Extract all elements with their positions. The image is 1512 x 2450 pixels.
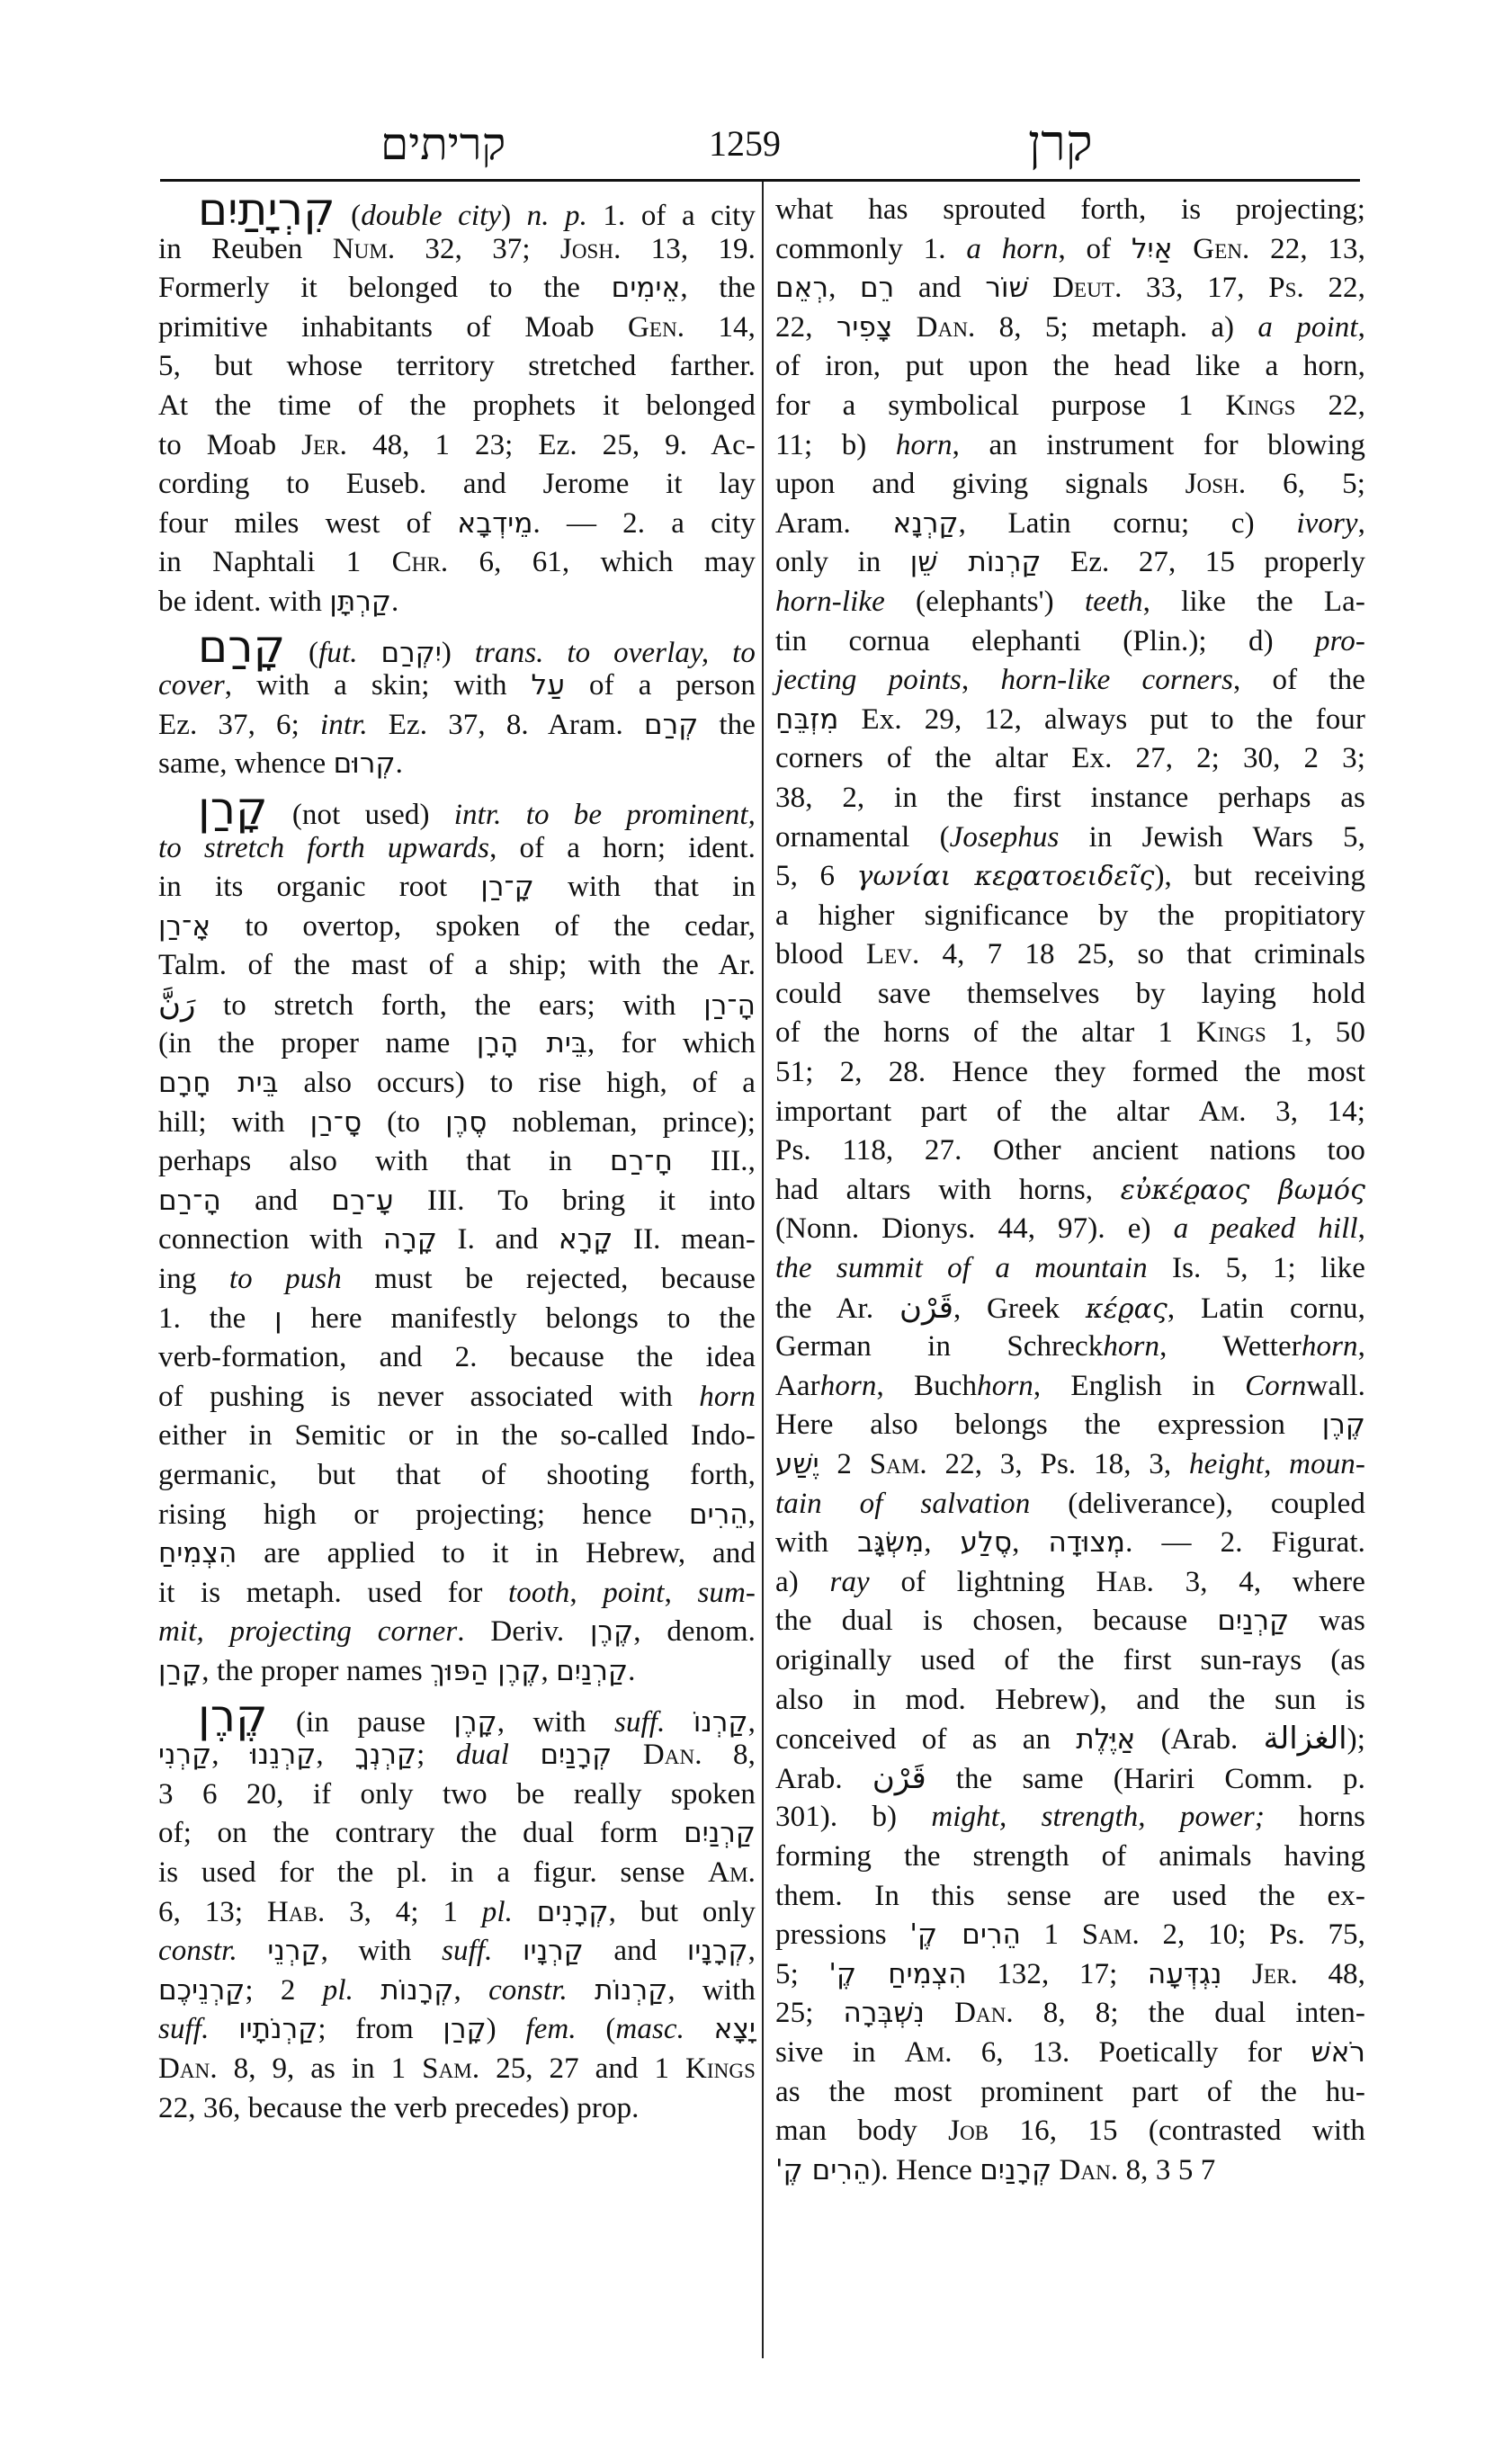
text-line: رَنَّ to stretch forth, the ears; with ה… (158, 986, 756, 1025)
text: , (828, 272, 860, 304)
text: 22, (1304, 272, 1365, 304)
book-reference: Sam. (422, 2052, 479, 2085)
text (513, 1896, 537, 1928)
text: in Reuben (158, 233, 333, 265)
text (358, 637, 381, 669)
text: , (569, 1577, 603, 1609)
text: 3 6 20, if only two be really spoken (158, 1778, 756, 1811)
text (1029, 272, 1053, 304)
book-reference: Gen. (1193, 233, 1249, 265)
text (612, 1739, 642, 1771)
text: , with (321, 1935, 442, 1967)
text-line: sive in Am. 6, 13. Poetically for רֹאשׁ (775, 2034, 1365, 2073)
hebrew-word: בֵּית חָרָם (158, 1067, 279, 1099)
italic-text: suff. (442, 1935, 492, 1967)
text: 6, 61, which may (448, 546, 756, 578)
text: 5, but whose territory stretched farther… (158, 350, 756, 382)
book-reference: Dan. (158, 2052, 218, 2085)
text: 33, 17, (1122, 272, 1268, 304)
text: , with (667, 1974, 756, 2007)
text-line: what has sprouted forth, is projecting; (775, 191, 1365, 230)
hebrew-word: נִגְדְּעָה (1148, 1958, 1222, 1990)
hebrew-word: אֵימִים (612, 272, 681, 304)
text: 48, 1 23; Ez. 25, 9. Ac- (347, 429, 756, 461)
text-line: blood Lev. 4, 7 18 25, so that criminals (775, 935, 1365, 975)
text: what has sprouted forth, is projecting; (775, 193, 1365, 226)
hebrew-word: קַרְנַיִם (556, 1655, 628, 1687)
text-line: with מִשְׂגָּב, סֶלַע, מְצוּדָה. — 2. Fi… (775, 1524, 1365, 1563)
italic-text: suff. (614, 1706, 665, 1739)
book-reference: Kings (685, 2052, 756, 2085)
text: , (1358, 1330, 1365, 1363)
text-line: ornamental (Josephus in Jewish Wars 5, (775, 818, 1365, 858)
text: primitive inhabitants of Moab (158, 311, 628, 344)
hebrew-word: קְרָנִים (537, 1896, 609, 1928)
headword: קִרְיָתַיִם (198, 183, 336, 236)
hebrew-word: מְצוּדָה (1049, 1526, 1126, 1559)
hebrew-word: קְרָנוֹת (380, 1974, 453, 2007)
text: verb-formation, and 2. because the idea (158, 1341, 756, 1373)
hebrew-word: קָרַן (158, 1655, 201, 1687)
arabic-word: رَنَّ (158, 987, 195, 1023)
text-line: 3 6 20, if only two be really spoken (158, 1775, 756, 1815)
text: . Deriv. (457, 1615, 590, 1648)
text-line: Ez. 37, 6; intr. Ez. 37, 8. Aram. קְרַם … (158, 706, 756, 746)
text: blood (775, 938, 866, 970)
italic-text: cover (158, 669, 225, 702)
page-number: 1259 (709, 117, 781, 171)
hebrew-word: קְרָנַיִם (540, 1739, 612, 1771)
text-line: hill; with סָ־רַן (to סֶרֶן nobleman, pr… (158, 1104, 756, 1143)
headword: קָרַם (198, 621, 285, 673)
text: , the proper names (201, 1655, 430, 1687)
book-reference: Kings (1226, 389, 1296, 422)
text: of lightning (870, 1566, 1096, 1598)
text: are applied to it in Hebrew, and (237, 1537, 756, 1569)
text: , Latin cornu; c) (959, 507, 1297, 540)
column-divider (762, 182, 764, 2358)
text: here manifestly belongs to the (282, 1302, 756, 1335)
hebrew-word: עָ־רַם (331, 1185, 393, 1217)
text-line: יֶשַׁע 2 Sam. 22, 3, Ps. 18, 3, height, … (775, 1445, 1365, 1485)
text-line: be ident. with קַרְתָּן. (158, 583, 756, 622)
text-line: הִצְמִיחַ are applied to it in Hebrew, a… (158, 1534, 756, 1574)
text-line: Arab. قَرْن the same (Hariri Comm. p. (775, 1759, 1365, 1799)
text-line: the Ar. قَرْن, Greek κέϱας, Latin cornu, (775, 1289, 1365, 1328)
text: only in (775, 546, 910, 578)
text-line: 22, 36, because the verb precedes) prop. (158, 2089, 756, 2129)
text: had altars with horns, (775, 1174, 1121, 1206)
text-line: Aram. קַרְנָא, Latin cornu; c) ivory, (775, 505, 1365, 544)
text: conceived of as an (775, 1723, 1076, 1756)
text: and (221, 1185, 331, 1217)
text (892, 311, 916, 344)
italic-text: to stretch forth upwards (158, 832, 489, 864)
text-line: connection with קָרָה I. and קָרָא II. m… (158, 1221, 756, 1260)
text: sive in (775, 2036, 905, 2069)
hebrew-word: אַיִל (1132, 233, 1173, 265)
text: them. In this sense are used the ex- (775, 1880, 1365, 1912)
text: , Wetter (1159, 1330, 1302, 1363)
hebrew-word: יִקְרַם (380, 637, 441, 669)
hebrew-word: עַל (532, 669, 566, 702)
text: originally used of the first sun-rays (a… (775, 1644, 1365, 1677)
text-line: Dan. 8, 9, as in 1 Sam. 25, 27 and 1 Kin… (158, 2050, 756, 2089)
text: the Ar. (775, 1292, 899, 1325)
text: , Buch (877, 1370, 978, 1402)
hebrew-word: קָ־רַן (480, 871, 534, 903)
text-line: suff. קַרְנֹתָיו; from קָרַן) fem. (masc… (158, 2010, 756, 2050)
hebrew-word: קָרָא (559, 1223, 613, 1256)
right-column: what has sprouted forth, is projecting;c… (775, 191, 1365, 2190)
text: 6, 5; (1246, 468, 1365, 500)
italic-text: a peaked hill (1174, 1212, 1358, 1245)
text: upon and giving signals (775, 468, 1185, 500)
hebrew-word: קָרֶן (453, 1706, 497, 1739)
italic-text: horn-like (775, 586, 885, 618)
text: ing (158, 1263, 229, 1295)
text: (to (362, 1106, 445, 1139)
italic-text: horn-like corners (1000, 664, 1233, 696)
hebrew-word: רְאֵם (775, 272, 828, 304)
entry-first-line: קִרְיָתַיִם (double city) n. p. 1. of a … (158, 191, 756, 230)
text: , (1358, 311, 1365, 344)
text-line: commonly 1. a horn, of אַיִל Gen. 22, 13… (775, 230, 1365, 270)
book-reference: Am. (1199, 1095, 1247, 1128)
text: . (391, 586, 398, 618)
text: Ez. 37, 8. Aram. (368, 709, 644, 741)
text: for a symbolical purpose 1 (775, 389, 1226, 422)
text: Aram. (775, 507, 893, 540)
text: , (748, 1935, 756, 1967)
text: of the horns of the altar 1 (775, 1016, 1196, 1049)
text: connection with (158, 1223, 383, 1256)
text: 8, 8; the dual inten- (1014, 1997, 1365, 2029)
italic-text: tain of salvation (775, 1488, 1030, 1520)
text: the dual is chosen, because (775, 1605, 1217, 1637)
text: , an instrument for blowing (953, 429, 1365, 461)
hebrew-word: קָרַן (443, 2013, 486, 2045)
text-line: as the most prominent part of the hu- (775, 2073, 1365, 2113)
header-rule (160, 179, 1360, 182)
book-reference: Jer. (1252, 1958, 1298, 1990)
text-line: 22, צָפִיר Dan. 8, 5; metaph. a) a point… (775, 308, 1365, 348)
text-line: קָרַן, the proper names קֶרֶן הַפּוּךְ, … (158, 1652, 756, 1692)
text: 1 (1021, 1918, 1082, 1951)
hebrew-word: רֵם (860, 272, 894, 304)
text: , for which (587, 1027, 756, 1060)
hebrew-word: קַרְנֵיכֶם (158, 1974, 245, 2007)
text: 8, (702, 1739, 756, 1771)
text: be ident. with (158, 586, 329, 618)
text: 32, 37; (395, 233, 560, 265)
hebrew-word: קַרְנִי (158, 1739, 211, 1771)
text-line: (in the proper name בֵּית הָרָן, for whi… (158, 1024, 756, 1064)
hebrew-word: אָ־רַן (158, 910, 210, 943)
text-line: it is metaph. used for tooth, point, sum… (158, 1574, 756, 1614)
text: in Naphtali 1 (158, 546, 392, 578)
hebrew-word: מִשְׂגָּב (857, 1526, 924, 1559)
text-line: רְאֵם, רֵם and שׁוֹר Deut. 33, 17, Ps. 2… (775, 269, 1365, 308)
text: 22, (1296, 389, 1365, 422)
book-reference: Dan. (1060, 2154, 1119, 2186)
italic-text: ivory (1296, 507, 1357, 540)
italic-text: Josephus (950, 821, 1060, 854)
italic-text: horn (1103, 1330, 1159, 1363)
text: of pushing is never associated with (158, 1381, 699, 1413)
text: also in mod. Hebrew), and the sun is (775, 1684, 1365, 1716)
text-line: to Moab Jer. 48, 1 23; Ez. 25, 9. Ac- (158, 426, 756, 466)
text-line: in Naphtali 1 Chr. 6, 61, which may (158, 543, 756, 583)
book-reference: Jer. (301, 429, 347, 461)
text: (Arab. (1135, 1723, 1263, 1756)
italic-text: teeth (1085, 586, 1143, 618)
text: of iron, put upon the head like a horn, (775, 350, 1365, 382)
italic-text: sum- (697, 1577, 756, 1609)
text: 6, 13. Poetically for (953, 2036, 1311, 2069)
text: , of the (1233, 664, 1365, 696)
text: Ex. 29, 12, always put to the four (838, 703, 1365, 736)
text-line: germanic, but that of shooting forth, (158, 1456, 756, 1496)
text-line: cover, with a skin; with עַל of a person (158, 666, 756, 706)
text-line: 5, 6 γωνίαι κεϱατοειδεῖς), but receiving (775, 857, 1365, 897)
text-line: ing to push must be rejected, because (158, 1260, 756, 1300)
text: ( (577, 2013, 616, 2045)
text-line: of iron, put upon the head like a horn, (775, 347, 1365, 387)
text: important part of the altar (775, 1095, 1199, 1128)
hebrew-word: הֵרִים קֶ' (909, 1918, 1021, 1951)
text: could save themselves by laying hold (775, 978, 1365, 1010)
text: perhaps also with that in (158, 1145, 610, 1177)
text: Ez. 27, 15 properly (1042, 546, 1365, 578)
text-line: tin cornua elephanti (Plin.); d) pro- (775, 622, 1365, 662)
hebrew-word: הֵרִים (689, 1498, 748, 1531)
text: ornamental ( (775, 821, 950, 854)
text-line: perhaps also with that in חָ־רַם III., (158, 1142, 756, 1182)
italic-text: horn (977, 1370, 1033, 1402)
greek-word: κέϱας (1086, 1293, 1168, 1325)
text: 51; 2, 28. Hence they formed the most (775, 1056, 1365, 1088)
text: in its organic root (158, 871, 480, 903)
text-line: 1. the ן here manifestly belongs to the (158, 1300, 756, 1339)
text (684, 2013, 714, 2045)
text: a) (775, 1566, 830, 1598)
text: (Nonn. Dionys. 44, 97). e) (775, 1212, 1174, 1245)
text: forming the strength of animals having (775, 1840, 1365, 1873)
text: wall. (1306, 1370, 1365, 1402)
text-line: Aarhorn, Buchhorn, English in Cornwall. (775, 1367, 1365, 1407)
text: pressions (775, 1918, 909, 1951)
text-line: 5; הִצְמִיחַ קֶ' 132, 17; נִגְדְּעָה Jer… (775, 1955, 1365, 1995)
text (353, 1974, 380, 2007)
text: 22, 3, Ps. 18, 3, (927, 1448, 1189, 1480)
text-line: corners of the altar Ex. 27, 2; 30, 2 3; (775, 739, 1365, 779)
hebrew-word: יֶשַׁע (775, 1448, 819, 1480)
italic-text: horn (820, 1370, 877, 1402)
text-line: horn-like (elephants') teeth, like the L… (775, 583, 1365, 622)
hebrew-word: סָ־רַן (310, 1106, 362, 1139)
book-reference: Dan. (917, 311, 976, 344)
text-line: the summit of a mountain Is. 5, 1; like (775, 1249, 1365, 1289)
italic-text: constr. (488, 1974, 568, 2007)
text-line: Formerly it belonged to the אֵימִים, the (158, 269, 756, 308)
text-line: a higher significance by the propitiator… (775, 897, 1365, 936)
text: (in pause (268, 1706, 454, 1739)
text: II. mean- (613, 1223, 756, 1256)
text: , (962, 664, 1001, 696)
text: 48, (1298, 1958, 1365, 1990)
text: , Greek (953, 1292, 1086, 1325)
text: 3, 4; 1 (325, 1896, 481, 1928)
italic-text: a horn (966, 233, 1058, 265)
italic-text: height (1189, 1448, 1264, 1480)
italic-text: intr. to be prominent, (454, 799, 756, 831)
headword: קֶרֶן (198, 1690, 268, 1742)
text-line: jecting points, horn-like corners, of th… (775, 661, 1365, 701)
text-line: is used for the pl. in a figur. sense Am… (158, 1854, 756, 1893)
text-line: At the time of the prophets it belonged (158, 387, 756, 426)
italic-text: fut. (318, 637, 358, 669)
text: with (775, 1526, 857, 1559)
text: cording to Euseb. and Jerome it lay (158, 468, 756, 500)
text (665, 1706, 693, 1739)
text-line: 25; נִשְׁבְּרָה Dan. 8, 8; the dual inte… (775, 1994, 1365, 2034)
text: 5; (775, 1958, 828, 1990)
running-head-first-word: קריתים (380, 117, 505, 171)
text-line: אָ־רַן to overtop, spoken of the cedar, (158, 908, 756, 947)
text-line: only in קַרְנוֹת שֵׁן Ez. 27, 15 properl… (775, 543, 1365, 583)
text: ; from (318, 2013, 443, 2045)
italic-text: point (603, 1577, 664, 1609)
hebrew-word: קַרְנָיו (523, 1935, 584, 1967)
italic-text: dual (456, 1739, 509, 1771)
book-reference: Ps. (1268, 272, 1304, 304)
text: 25; (775, 1997, 843, 2029)
text (925, 1997, 954, 2029)
text: (not used) (268, 799, 454, 831)
book-reference: Lev. (866, 938, 919, 970)
text: . — 2. Figurat. (1125, 1526, 1365, 1559)
text: ; 2 (245, 1974, 322, 2007)
text-line: בֵּית חָרָם also occurs) to rise high, o… (158, 1064, 756, 1104)
text: the same (Hariri Comm. p. (926, 1763, 1365, 1795)
text: 3, 4, where (1154, 1566, 1365, 1598)
italic-text: Corn (1245, 1370, 1306, 1402)
text: either in Semitic or in the so-called In… (158, 1419, 756, 1452)
text: also occurs) to rise high, of a (279, 1067, 756, 1099)
hebrew-word: סֶרֶן (445, 1106, 487, 1139)
arabic-word: قَرْن (872, 1760, 926, 1796)
greek-word: εὐκέϱαος βωμός (1121, 1175, 1365, 1206)
text-line: a) ray of lightning Hab. 3, 4, where (775, 1563, 1365, 1603)
text: (in the proper name (158, 1027, 477, 1060)
text: 22, (775, 311, 837, 344)
text: At the time of the prophets it belonged (158, 389, 756, 422)
book-reference: Dan. (643, 1739, 702, 1771)
text: rising high or projecting; hence (158, 1498, 689, 1531)
text-line: same, whence קְרוּם. (158, 745, 756, 784)
hebrew-word: קְרָנַיִם (980, 2154, 1051, 2186)
book-reference: Josh. (560, 233, 622, 265)
text-line: also in mod. Hebrew), and the sun is (775, 1681, 1365, 1721)
italic-text: pro- (1315, 625, 1365, 657)
text: Ps. 118, 27. Other ancient nations too (775, 1134, 1365, 1167)
text: , (748, 1498, 756, 1531)
hebrew-word: אַיֶּלֶת (1076, 1723, 1135, 1756)
text: of; on the contrary the dual form (158, 1817, 684, 1849)
text (1051, 2154, 1059, 2186)
text (1173, 233, 1194, 265)
book-reference: Sam. (1082, 1918, 1140, 1951)
hebrew-word: הֵרִים קֶ' (775, 2154, 871, 2186)
text: , (1264, 1448, 1289, 1480)
text-line: originally used of the first sun-rays (a… (775, 1641, 1365, 1681)
hebrew-word: צָפִיר (837, 311, 893, 344)
hebrew-word: קַרְנוֹת (595, 1974, 667, 2007)
text: Is. 5, 1; like (1148, 1252, 1365, 1284)
text: , but only (609, 1896, 756, 1928)
text: 11; b) (775, 429, 896, 461)
text-line: conceived of as an אַיֶּלֶת (Arab. الغزا… (775, 1720, 1365, 1759)
text: tin cornua elephanti (Plin.); d) (775, 625, 1315, 657)
text-line: 6, 13; Hab. 3, 4; 1 pl. קְרָנִים, but on… (158, 1893, 756, 1933)
text-line: forming the strength of animals having (775, 1837, 1365, 1877)
italic-text: jecting points (775, 664, 962, 696)
running-head-last-word: קרן (1028, 117, 1093, 171)
entry-first-line: קָרַן (not used) intr. to be prominent, (158, 790, 756, 829)
text: 1, 50 (1266, 1016, 1365, 1049)
text: Ez. 37, 6; (158, 709, 320, 741)
hebrew-word: קֶרֶן הַפּוּךְ (430, 1655, 541, 1687)
text: 13, 19. (621, 233, 756, 265)
text-line: in Reuben Num. 32, 37; Josh. 13, 19. (158, 230, 756, 270)
text-line: 38, 2, in the first instance perhaps as (775, 779, 1365, 818)
hebrew-word: נִשְׁבְּרָה (843, 1997, 925, 2029)
italic-text: tooth (508, 1577, 569, 1609)
hebrew-word: חָ־רַם (610, 1145, 673, 1177)
arabic-word: الغزالة (1264, 1721, 1347, 1757)
hebrew-word: קַרְנָא (893, 507, 959, 540)
text-line: them. In this sense are used the ex- (775, 1877, 1365, 1917)
text-line: rising high or projecting; hence הֵרִים, (158, 1496, 756, 1535)
text: Formerly it belonged to the (158, 272, 612, 304)
italic-text: horn (1302, 1330, 1358, 1363)
text: four miles west of (158, 507, 457, 540)
text: 14, (684, 311, 756, 344)
text: I. and (437, 1223, 559, 1256)
text: , (748, 1706, 756, 1739)
text: Aar (775, 1370, 820, 1402)
greek-word: γωνίαι κεϱατοειδεῖς (857, 861, 1155, 892)
text (509, 1739, 540, 1771)
text: must be rejected, because (342, 1263, 756, 1295)
text: man body (775, 2115, 948, 2147)
text: horns (1265, 1801, 1365, 1833)
running-head: קריתים 1259 קרן (160, 108, 1360, 178)
text: , (1358, 1212, 1365, 1245)
hebrew-word: בֵּית הָרָן (477, 1027, 587, 1060)
entry-first-line: קֶרֶן (in pause קָרֶן, with suff. קַרְנו… (158, 1697, 756, 1737)
text: 8, 3 5 7 (1118, 2154, 1215, 2186)
text: . (396, 747, 403, 780)
text: 2, 10; Ps. 75, (1140, 1918, 1365, 1951)
text-line: had altars with horns, εὐκέϱαος βωμός (775, 1171, 1365, 1211)
text: , (211, 1739, 250, 1771)
text: 4, 7 18 25, so that criminals (919, 938, 1365, 970)
text-line: important part of the altar Am. 3, 14; (775, 1093, 1365, 1132)
text-line: 5, but whose territory stretched farther… (158, 347, 756, 387)
text: . — 2. a city (532, 507, 756, 540)
